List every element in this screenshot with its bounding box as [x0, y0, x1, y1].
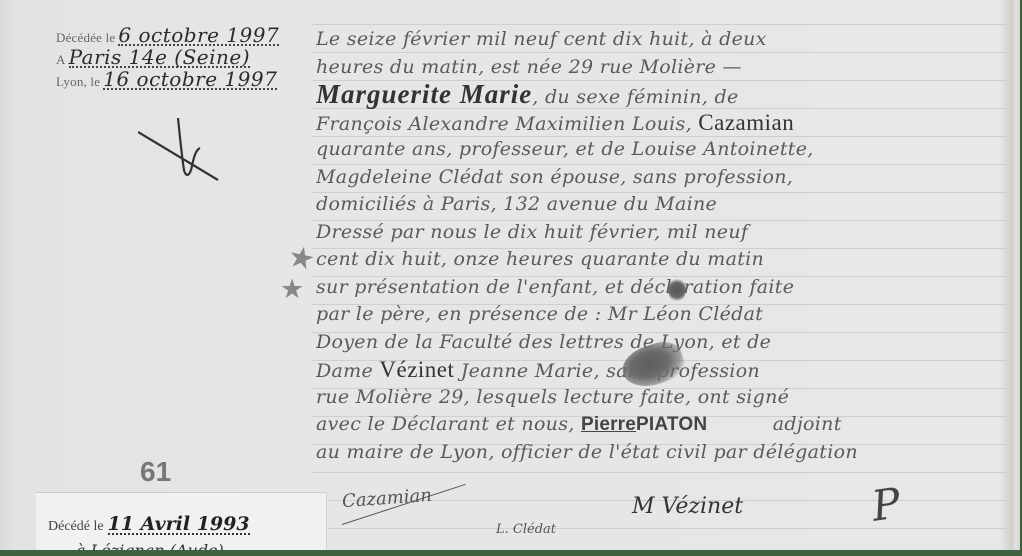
record-line: Le seize février mil neuf cent dix huit,…	[316, 26, 1006, 54]
record-line: heures du matin, est née 29 rue Molière …	[316, 54, 1006, 82]
record-line: Magdeleine Clédat son épouse, sans profe…	[316, 164, 1006, 192]
child-name: Marguerite Marie	[316, 81, 532, 109]
officer-stamp: PierrePIATON	[581, 414, 713, 435]
record-line-fragment: avec le Déclarant et nous,	[316, 413, 575, 435]
record-line: domiciliés à Paris, 132 avenue du Maine	[316, 191, 1006, 219]
place-label: A	[56, 52, 66, 68]
witness-prefix: Dame	[316, 360, 373, 382]
death-label-card: Décédé le 11 Avril 1993 à Lézignan (Aude…	[36, 492, 327, 556]
signature-witness-2: M Vézinet	[632, 494, 743, 519]
death-place: Paris 14e (Seine)	[69, 48, 250, 68]
deceased-date: 6 octobre 1997	[118, 26, 279, 46]
label-card-deceased-date: 11 Avril 1993	[108, 515, 250, 535]
birth-record-text: Le seize février mil neuf cent dix huit,…	[316, 26, 1006, 466]
witness-surname: Vézinet	[379, 357, 454, 382]
officer-suffix: adjoint	[773, 413, 842, 435]
scanned-register-page: Décédée le 6 octobre 1997 A Paris 14e (S…	[0, 0, 1022, 556]
record-line: rue Molière 29, lesquels lecture faite, …	[316, 384, 1006, 412]
ruled-line	[312, 472, 1007, 473]
annotation-date: 16 octobre 1997	[103, 70, 277, 90]
record-line: sur présentation de l'enfant, et déclara…	[316, 274, 1006, 302]
deceased-label: Décédée le	[56, 30, 115, 46]
margin-death-annotation: Décédée le 6 octobre 1997 A Paris 14e (S…	[56, 26, 306, 92]
label-card-deceased-label: Décédé le	[48, 519, 104, 535]
margin-city-line: Lyon, le 16 octobre 1997	[56, 70, 306, 92]
record-line-officer: avec le Déclarant et nous, PierrePIATON …	[316, 411, 1006, 439]
label-card-deceased-line: Décédé le 11 Avril 1993	[48, 515, 250, 535]
ink-blot-small	[668, 278, 686, 302]
record-line-fragment: François Alexandre Maximilien Louis,	[316, 113, 692, 135]
record-line: Dressé par nous le dix huit février, mil…	[316, 219, 1006, 247]
signature-witness-1: L. Clédat	[496, 522, 556, 537]
city-label: Lyon, le	[56, 74, 100, 90]
record-line-fragment: Jeanne Marie, sans profession	[461, 360, 760, 382]
record-line: quarante ans, professeur, et de Louise A…	[316, 136, 1006, 164]
frame-edge-bottom	[0, 550, 1022, 556]
page-number: 61	[140, 456, 171, 488]
signature-officer: P	[869, 478, 904, 530]
paraph-signature-icon	[138, 118, 228, 188]
record-line-father: François Alexandre Maximilien Louis, Caz…	[316, 109, 1006, 137]
father-surname: Cazamian	[698, 110, 794, 135]
ruled-line	[312, 24, 1007, 25]
record-line-fragment: du sexe féminin, de	[545, 86, 739, 108]
star-stamp-icon: ★	[280, 276, 304, 303]
record-line-child-name: Marguerite Marie, du sexe féminin, de	[316, 81, 1006, 109]
star-stamp-icon: ★	[285, 242, 318, 277]
record-line: au maire de Lyon, officier de l'état civ…	[316, 439, 1006, 467]
record-line: cent dix huit, onze heures quarante du m…	[316, 246, 1006, 274]
officer-first-name: Pierre	[581, 414, 636, 435]
signatures-area: Cazamian L. Clédat M Vézinet P	[320, 478, 1010, 550]
officer-last-name: PIATON	[636, 414, 707, 435]
record-line: par le père, en présence de : Mr Léon Cl…	[316, 301, 1006, 329]
